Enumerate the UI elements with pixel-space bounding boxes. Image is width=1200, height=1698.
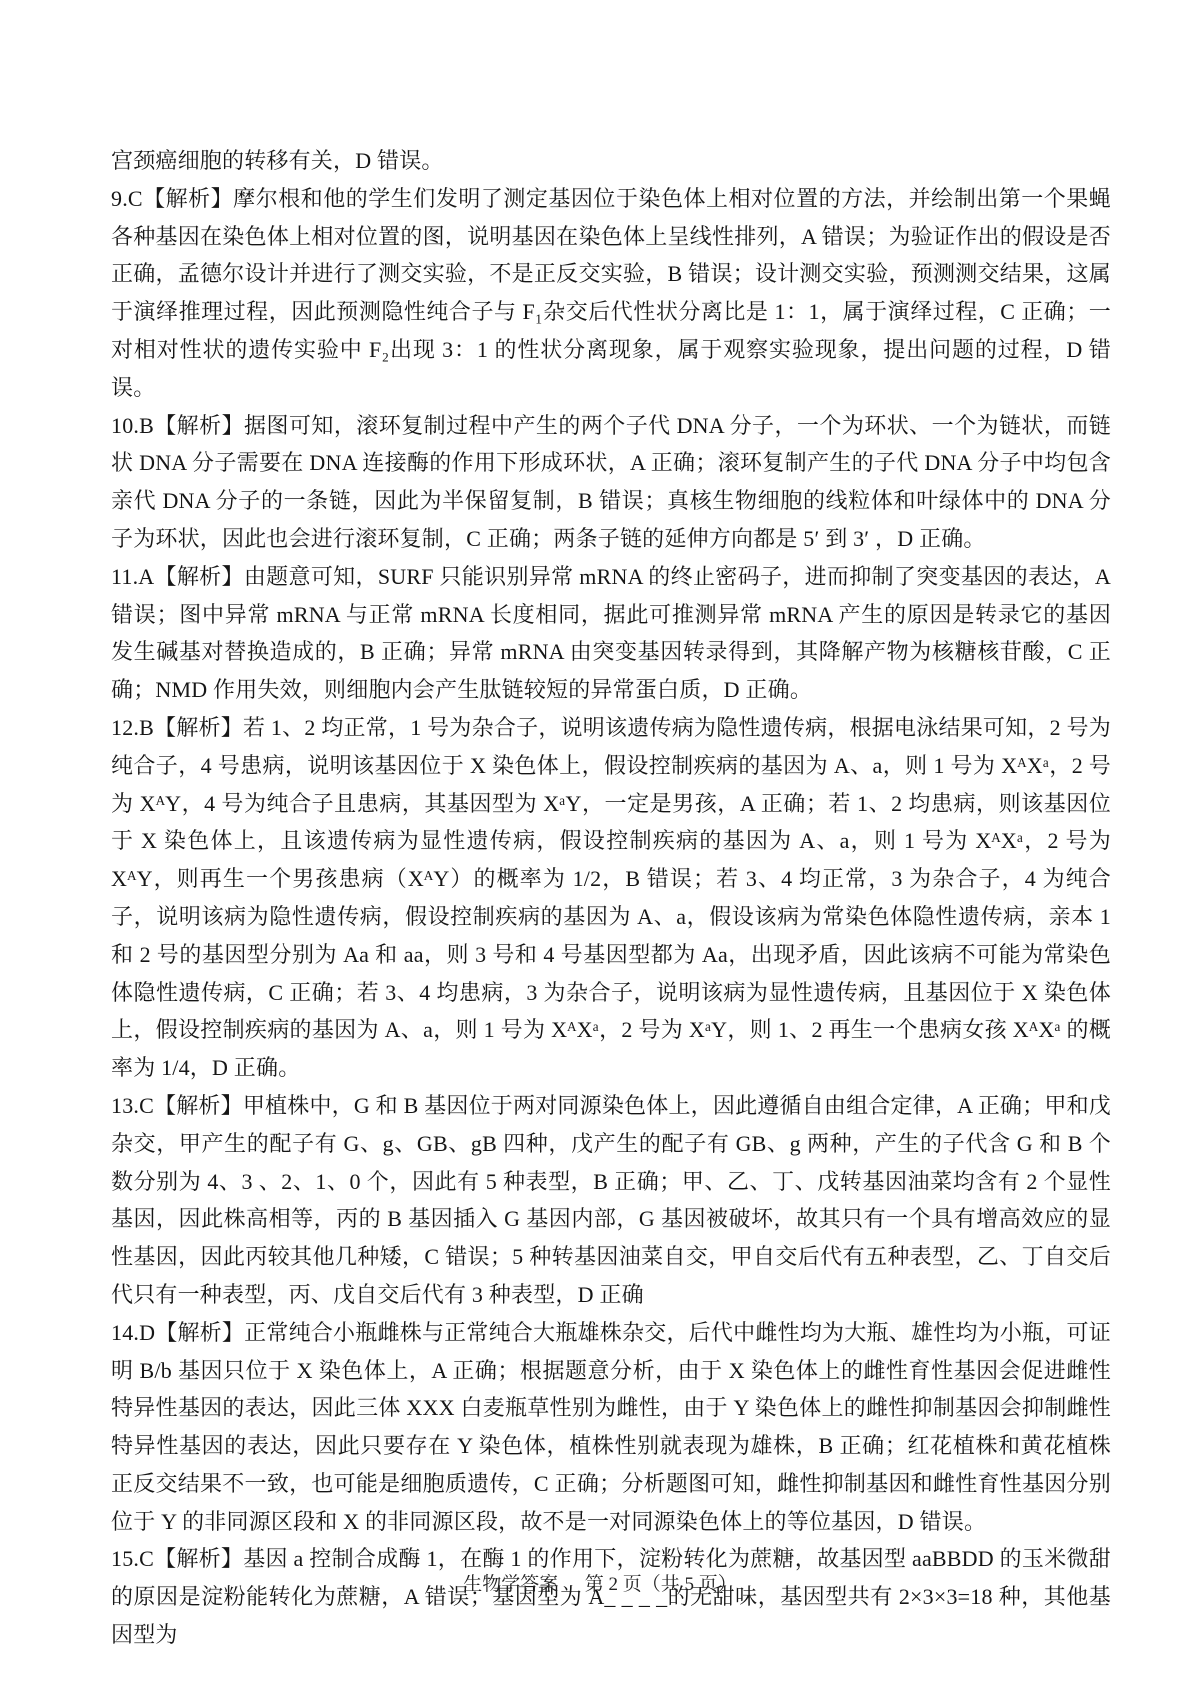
answer-number: 13.C	[111, 1093, 154, 1118]
answer-text: 摩尔根和他的学生们发明了测定基因位于染色体上相对位置的方法，并绘制出第一个果蝇各…	[111, 186, 1111, 400]
answer-text: 若 1、2 均正常，1 号为杂合子，说明该遗传病为隐性遗传病，根据电泳结果可知，…	[111, 715, 1111, 1080]
analysis-marker: 【解析】	[154, 413, 244, 438]
analysis-marker: 【解析】	[154, 564, 243, 589]
answer-paragraph-11: 11.A【解析】由题意可知，SURF 只能识别异常 mRNA 的终止密码子，进而…	[111, 558, 1111, 709]
document-page: 宫颈癌细胞的转移有关，D 错误。 9.C【解析】摩尔根和他的学生们发明了测定基因…	[0, 0, 1200, 1698]
answer-text: 正常纯合小瓶雌株与正常纯合大瓶雄株杂交，后代中雌性均为大瓶、雄性均为小瓶，可证明…	[111, 1320, 1111, 1534]
answer-number: 10.B	[111, 413, 154, 438]
answer-paragraph-8-continuation: 宫颈癌细胞的转移有关，D 错误。	[111, 142, 1111, 180]
answer-paragraph-13: 13.C【解析】甲植株中，G 和 B 基因位于两对同源染色体上，因此遵循自由组合…	[111, 1087, 1111, 1314]
footer-doc-title: 生物学答案	[463, 1574, 558, 1595]
answer-number: 14.D	[111, 1320, 155, 1345]
answer-number: 11.A	[111, 564, 154, 589]
answer-paragraph-9: 9.C【解析】摩尔根和他的学生们发明了测定基因位于染色体上相对位置的方法，并绘制…	[111, 180, 1111, 407]
answer-text: 据图可知，滚环复制过程中产生的两个子代 DNA 分子，一个为环状、一个为链状，而…	[111, 413, 1111, 551]
analysis-marker: 【解析】	[143, 186, 233, 211]
answer-content: 宫颈癌细胞的转移有关，D 错误。 9.C【解析】摩尔根和他的学生们发明了测定基因…	[111, 142, 1111, 1654]
answer-paragraph-12: 12.B【解析】若 1、2 均正常，1 号为杂合子，说明该遗传病为隐性遗传病，根…	[111, 709, 1111, 1087]
answer-text: 由题意可知，SURF 只能识别异常 mRNA 的终止密码子，进而抑制了突变基因的…	[111, 564, 1111, 702]
answer-text: 宫颈癌细胞的转移有关，D 错误。	[111, 148, 444, 173]
answer-number: 9.C	[111, 186, 143, 211]
analysis-marker: 【解析】	[154, 1546, 243, 1571]
analysis-marker: 【解析】	[154, 1093, 243, 1118]
analysis-marker: 【解析】	[155, 1320, 244, 1345]
footer-page-info: 第 2 页（共 5 页）	[585, 1574, 737, 1595]
answer-text: 甲植株中，G 和 B 基因位于两对同源染色体上，因此遵循自由组合定律，A 正确；…	[111, 1093, 1111, 1307]
answer-paragraph-14: 14.D【解析】正常纯合小瓶雌株与正常纯合大瓶雄株杂交，后代中雌性均为大瓶、雄性…	[111, 1314, 1111, 1541]
analysis-marker: 【解析】	[154, 715, 243, 740]
answer-number: 12.B	[111, 715, 154, 740]
answer-paragraph-10: 10.B【解析】据图可知，滚环复制过程中产生的两个子代 DNA 分子，一个为环状…	[111, 407, 1111, 558]
answer-number: 15.C	[111, 1546, 154, 1571]
page-footer: 生物学答案第 2 页（共 5 页）	[0, 1572, 1200, 1598]
